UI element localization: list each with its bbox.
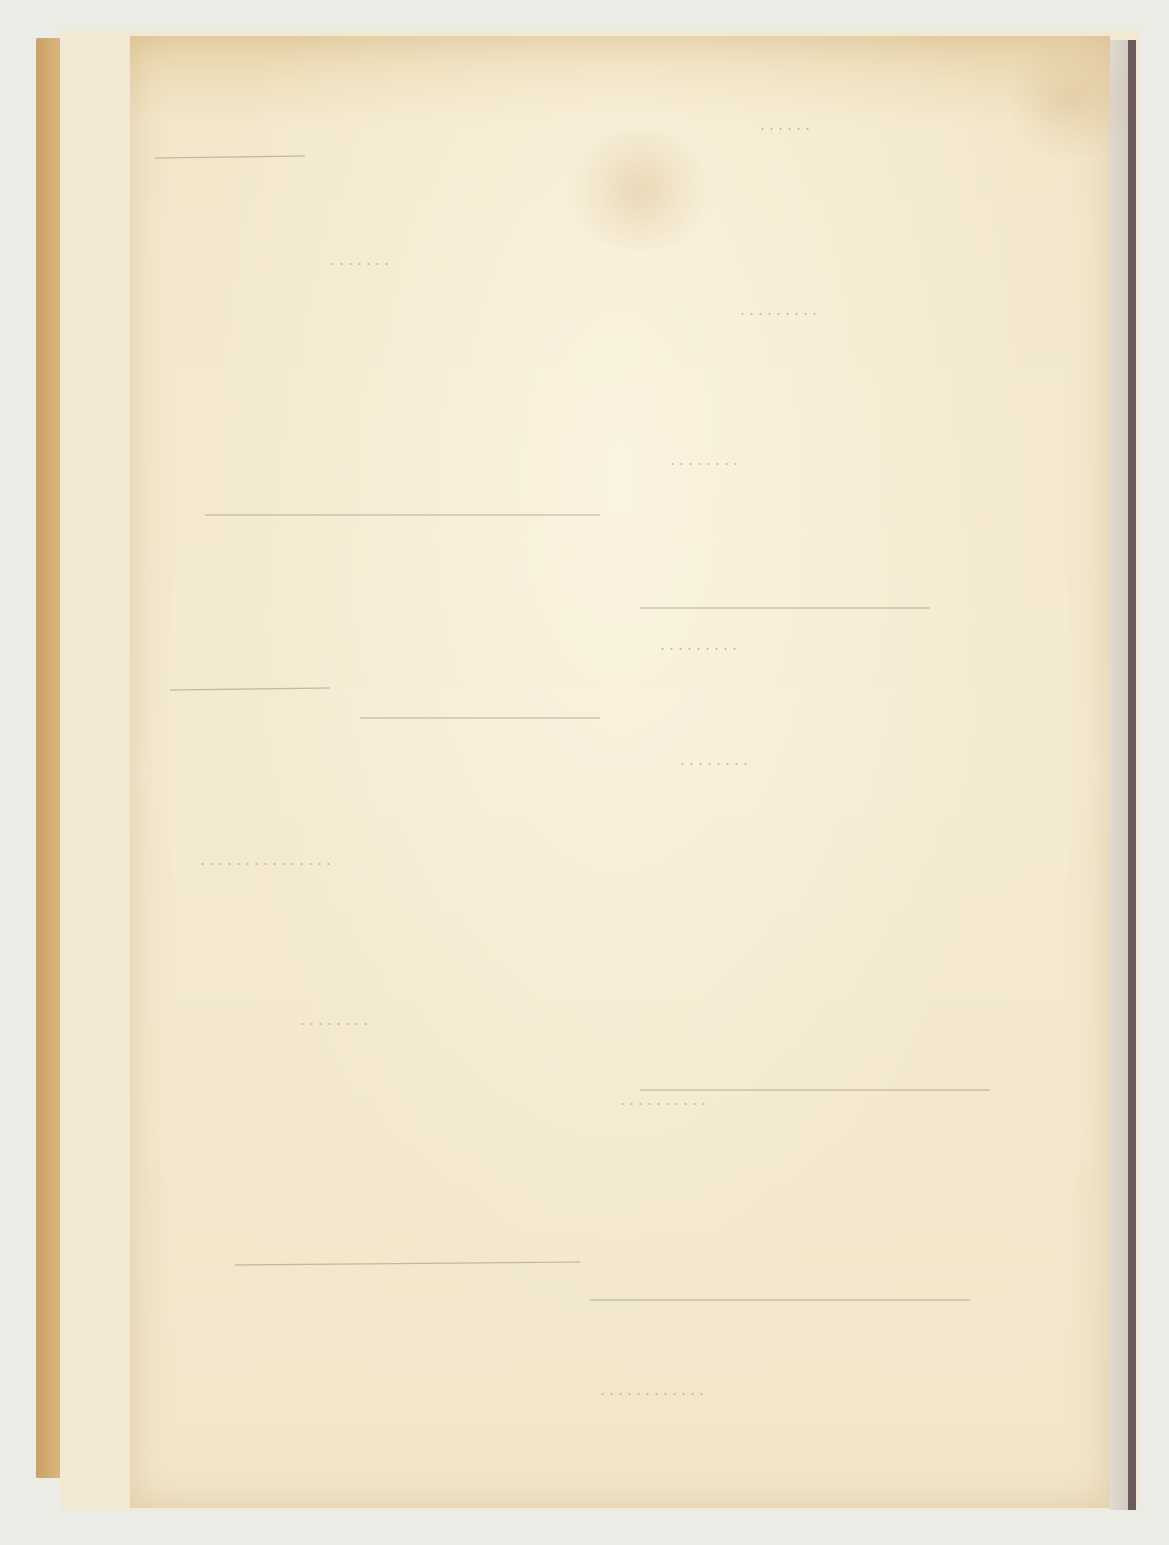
svg-text:· · · · · · · · ·: · · · · · · · · · (740, 304, 817, 324)
svg-text:· · · · · · · · · · · ·: · · · · · · · · · · · · (600, 1384, 704, 1404)
svg-text:· · · · · · · · ·: · · · · · · · · · (660, 639, 737, 659)
svg-text:· · · · · · · ·: · · · · · · · · (680, 754, 748, 774)
svg-text:· · · · · · ·: · · · · · · · (330, 254, 389, 274)
svg-text:· · · · · · · ·: · · · · · · · · (300, 1014, 368, 1034)
svg-text:· · · · · · · ·: · · · · · · · · (670, 454, 738, 474)
pencil-calculations: · · · · · · · · · · · · · · · · · · · · … (0, 0, 1169, 1545)
svg-text:· · · · · · · · · ·: · · · · · · · · · · (620, 1094, 706, 1114)
svg-text:· · · · · · · · · · · · · · ·: · · · · · · · · · · · · · · · (200, 854, 331, 874)
svg-text:· · · · · ·: · · · · · · (760, 119, 810, 139)
